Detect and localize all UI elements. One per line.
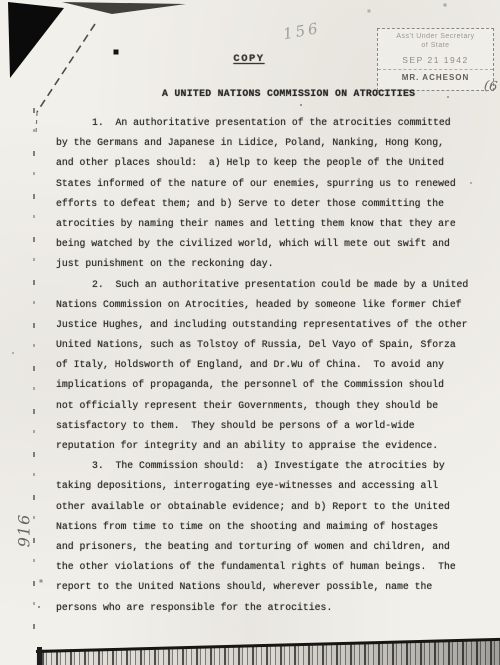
- text-line: taking depositions, interrogating eye-wi…: [56, 476, 480, 496]
- scan-bottom-bar-artifact: [37, 647, 42, 665]
- text-line: and other places should: a) Help to keep…: [56, 153, 480, 173]
- text-line: 1. An authoritative presentation of the …: [56, 113, 480, 133]
- text-line: by the Germans and Japanese in Lidice, P…: [56, 133, 480, 153]
- scanned-document-page: 156 COPY Ass't Under Secretary of State …: [0, 0, 500, 665]
- handwritten-number-top: 156: [282, 19, 322, 43]
- page-edge-artifact: [33, 108, 35, 645]
- received-date-stamp: Ass't Under Secretary of State SEP 21 19…: [377, 28, 494, 91]
- stamp-date: SEP 21 1942: [402, 55, 468, 65]
- text-line: reputation for integrity and an ability …: [56, 436, 480, 456]
- stamp-office-line1: Ass't Under Secretary: [396, 32, 474, 41]
- text-line: States informed of the nature of our ene…: [56, 174, 480, 194]
- copy-label: COPY: [227, 53, 271, 65]
- text-line: atrocities by naming their names and let…: [56, 214, 480, 234]
- text-line: the other violations of the fundamental …: [56, 557, 480, 577]
- text-line: being watched by the civilized world, wh…: [56, 234, 480, 254]
- text-line: satisfactory to them. They should be per…: [56, 416, 480, 436]
- text-line: of Italy, Holdsworth of England, and Dr.…: [56, 355, 480, 375]
- document-body: 1. An authoritative presentation of the …: [56, 113, 480, 618]
- text-line: persons who are responsible for the atro…: [56, 598, 480, 618]
- text-line: 3. The Commission should: a) Investigate…: [56, 456, 480, 476]
- text-line: Justice Hughes, and including outstandin…: [56, 315, 480, 335]
- text-line: implications of propaganda, the personne…: [56, 375, 480, 395]
- stamp-office-line2: of State: [421, 41, 449, 50]
- text-line: just punishment on the reckoning day.: [56, 254, 480, 274]
- text-line: and prisoners, the beating and torturing…: [56, 537, 480, 557]
- stamp-handwritten-mark: (6: [483, 78, 498, 94]
- text-line: United Nations, such as Tolstoy of Russi…: [56, 335, 480, 355]
- document-title: A UNITED NATIONS COMMISSION ON ATROCITIE…: [162, 88, 414, 99]
- text-line: 2. Such an authoritative presentation co…: [56, 275, 480, 295]
- text-line: report to the United Nations should, whe…: [56, 577, 480, 597]
- text-line: efforts to defeat them; and b) Serve to …: [56, 194, 480, 214]
- scan-speckle-artifacts: [0, 0, 2, 2]
- text-line: other available or obtainable evidence; …: [56, 497, 480, 517]
- stamp-recipient: MR. ACHESON: [378, 69, 493, 82]
- text-line: not officially represent their Governmen…: [56, 396, 480, 416]
- handwritten-number-margin: 916: [15, 509, 34, 553]
- text-line: Nations Commission on Atrocities, headed…: [56, 295, 480, 315]
- text-line: Nations from time to time on the shootin…: [56, 517, 480, 537]
